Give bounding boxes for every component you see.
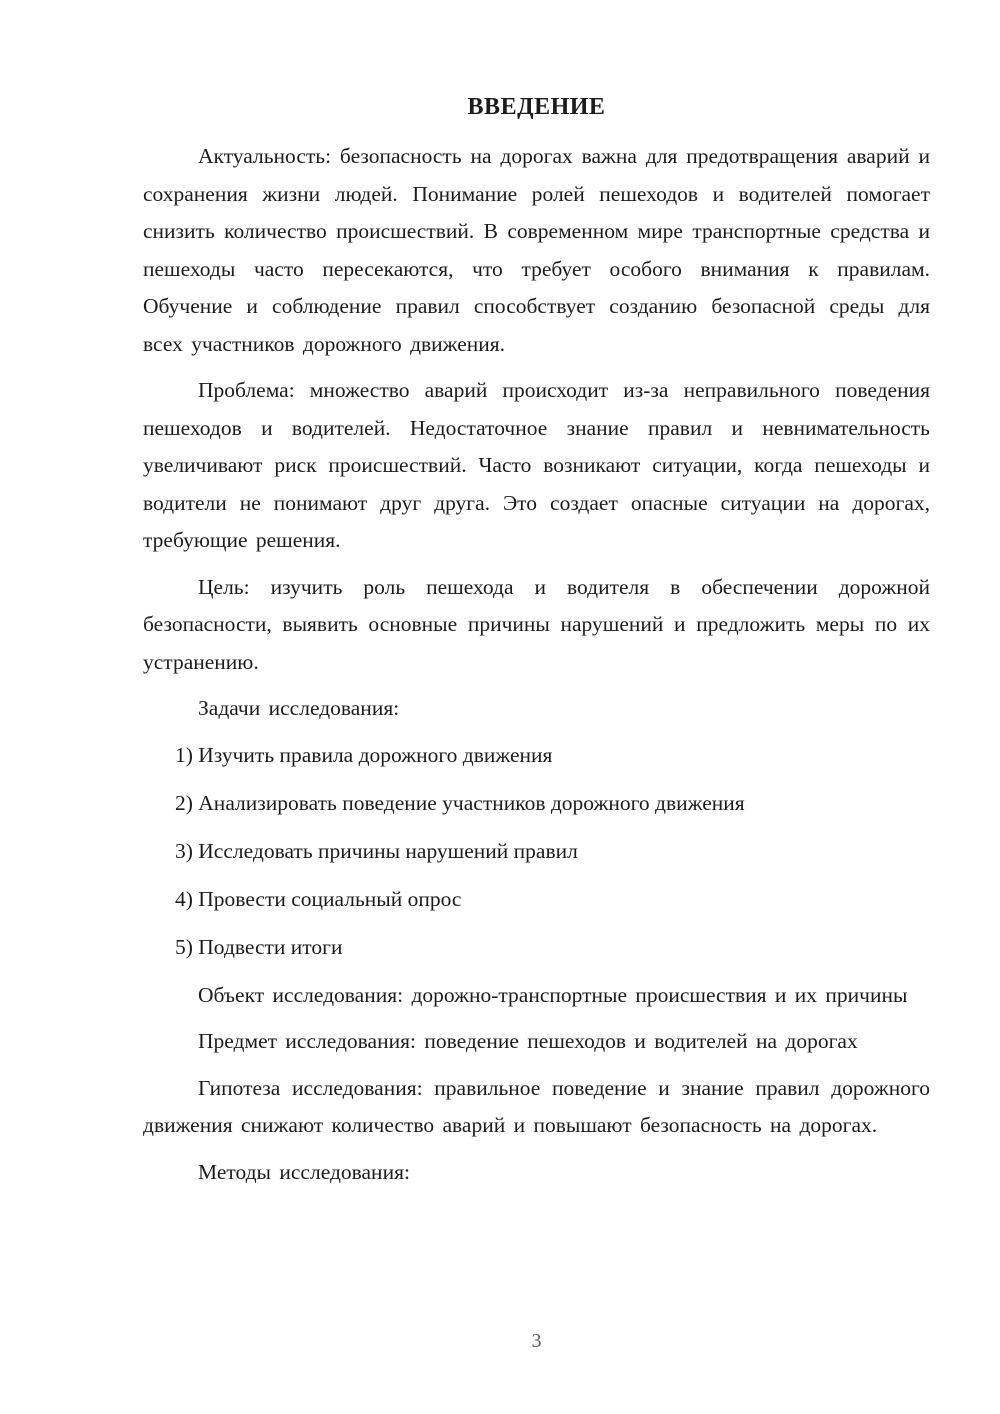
page-number: 3 bbox=[143, 1327, 930, 1355]
task-item-3: 3) Исследовать причины нарушений правил bbox=[175, 833, 930, 871]
methods-heading: Методы исследования: bbox=[143, 1154, 930, 1192]
tasks-heading: Задачи исследования: bbox=[143, 690, 930, 728]
task-item-1: 1) Изучить правила дорожного движения bbox=[175, 737, 930, 775]
paragraph-hypothesis: Гипотеза исследования: правильное поведе… bbox=[143, 1070, 930, 1145]
document-page: ВВЕДЕНИЕ Актуальность: безопасность на д… bbox=[0, 0, 1000, 1414]
task-item-2: 2) Анализировать поведение участников до… bbox=[175, 785, 930, 823]
paragraph-object: Объект исследования: дорожно-транспортны… bbox=[143, 977, 930, 1015]
document-title: ВВЕДЕНИЕ bbox=[143, 90, 930, 124]
tasks-list: 1) Изучить правила дорожного движения 2)… bbox=[143, 737, 930, 967]
paragraph-relevance: Актуальность: безопасность на дорогах ва… bbox=[143, 138, 930, 363]
paragraph-problem: Проблема: множество аварий происходит из… bbox=[143, 372, 930, 560]
paragraph-goal: Цель: изучить роль пешехода и водителя в… bbox=[143, 569, 930, 682]
task-item-4: 4) Провести социальный опрос bbox=[175, 881, 930, 919]
page-content: ВВЕДЕНИЕ Актуальность: безопасность на д… bbox=[143, 90, 930, 1200]
paragraph-subject: Предмет исследования: поведение пешеходо… bbox=[143, 1023, 930, 1061]
task-item-5: 5) Подвести итоги bbox=[175, 929, 930, 967]
